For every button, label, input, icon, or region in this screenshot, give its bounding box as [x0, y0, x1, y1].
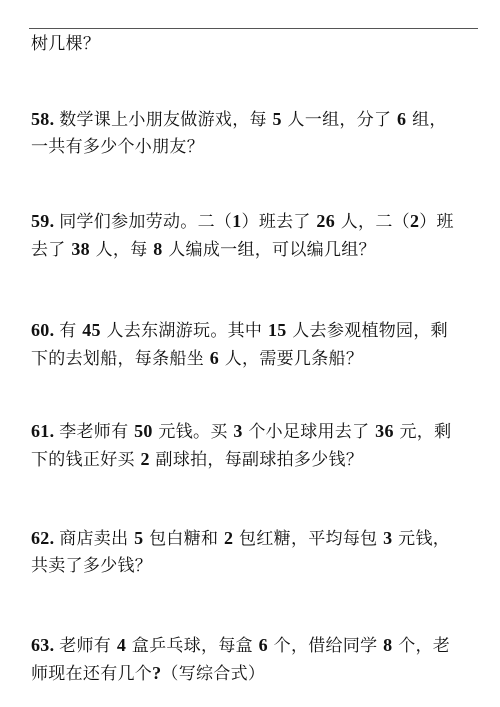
- text-segment: 组，: [406, 110, 446, 130]
- bold-number: 2: [141, 449, 150, 469]
- bold-number: 6: [397, 109, 406, 129]
- question-58: 58. 数学课上小朋友做游戏，每 5 人一组，分了 6 组，一共有多少个小朋友？: [31, 106, 481, 161]
- text-segment: 元钱。买: [153, 422, 234, 442]
- text-segment: 人，二（: [335, 212, 410, 232]
- text-segment: 商店卖出: [59, 529, 134, 549]
- text-segment: ）班: [419, 212, 454, 232]
- question-number: 61.: [31, 421, 59, 441]
- question-line: 62. 商店卖出 5 包白糖和 2 包红糖，平均每包 3 元钱，: [31, 525, 481, 553]
- text-segment: 人，需要几条船？: [219, 349, 363, 369]
- text-segment: 人编成一组，可以编几组？: [163, 240, 376, 260]
- question-59: 59. 同学们参加劳动。二（1）班去了 26 人，二（2）班去了 38 人，每 …: [31, 208, 481, 264]
- bold-number: 50: [134, 421, 153, 441]
- text-segment: ）班去了: [242, 212, 317, 232]
- bold-number: 2: [224, 528, 233, 548]
- text-segment: 共卖了多少钱？: [31, 556, 152, 576]
- bold-number: 4: [117, 635, 126, 655]
- text-segment: 一共有多少个小朋友？: [31, 137, 204, 157]
- question-line: 60. 有 45 人去东湖游玩。其中 15 人去参观植物园，剩: [31, 317, 481, 345]
- text-segment: 个，老: [392, 636, 450, 656]
- question-line: 共卖了多少钱？: [31, 553, 481, 580]
- text-segment: 数学课上小朋友做游戏，每: [59, 110, 272, 130]
- text-segment: （写综合式）: [161, 664, 265, 684]
- bold-number: 45: [82, 320, 101, 340]
- text-segment: 人一组，分了: [282, 110, 397, 130]
- text-segment: 师现在还有几个: [31, 664, 152, 684]
- continuation-line: 树几棵？: [31, 31, 481, 58]
- text-segment: 盒乒乓球，每盒: [126, 636, 259, 656]
- bold-number: 8: [153, 239, 162, 259]
- text-segment: 包白糖和: [143, 529, 224, 549]
- text-segment: 李老师有: [59, 422, 134, 442]
- question-number: 62.: [31, 528, 59, 548]
- question-line: 师现在还有几个?（写综合式）: [31, 660, 481, 688]
- question-62: 62. 商店卖出 5 包白糖和 2 包红糖，平均每包 3 元钱，共卖了多少钱？: [31, 525, 481, 580]
- text-segment: 元，剩: [394, 422, 452, 442]
- text-segment: 人，每: [90, 240, 153, 260]
- text-segment: 去了: [31, 240, 71, 260]
- question-61: 61. 李老师有 50 元钱。买 3 个小足球用去了 36 元，剩下的钱正好买 …: [31, 418, 481, 474]
- question-60: 60. 有 45 人去东湖游玩。其中 15 人去参观植物园，剩下的去划船，每条船…: [31, 317, 481, 373]
- text-segment: 元钱，: [392, 529, 450, 549]
- question-number: 60.: [31, 320, 59, 340]
- continuation-text: 树几棵？: [31, 31, 481, 58]
- bold-number: 2: [410, 211, 419, 231]
- header-rule: [29, 28, 478, 29]
- bold-number: 5: [273, 109, 282, 129]
- question-line: 63. 老师有 4 盒乒乓球，每盒 6 个，借给同学 8 个，老: [31, 632, 481, 660]
- text-segment: 下的钱正好买: [31, 450, 141, 470]
- question-line: 61. 李老师有 50 元钱。买 3 个小足球用去了 36 元，剩: [31, 418, 481, 446]
- bold-number: 6: [210, 348, 219, 368]
- text-segment: 个，借给同学: [268, 636, 383, 656]
- text-segment: 老师有: [59, 636, 117, 656]
- text-segment: 副球拍，每副球拍多少钱？: [150, 450, 363, 470]
- bold-number: 38: [71, 239, 90, 259]
- question-line: 一共有多少个小朋友？: [31, 134, 481, 161]
- question-line: 58. 数学课上小朋友做游戏，每 5 人一组，分了 6 组，: [31, 106, 481, 134]
- text-segment: 包红糖，平均每包: [233, 529, 383, 549]
- bold-number: 1: [232, 211, 241, 231]
- text-segment: 人去参观植物园，剩: [287, 321, 448, 341]
- text-segment: 个小足球用去了: [243, 422, 376, 442]
- question-63: 63. 老师有 4 盒乒乓球，每盒 6 个，借给同学 8 个，老师现在还有几个?…: [31, 632, 481, 688]
- bold-number: 6: [259, 635, 268, 655]
- text-segment: 下的去划船，每条船坐: [31, 349, 210, 369]
- question-line: 下的去划船，每条船坐 6 人，需要几条船？: [31, 345, 481, 373]
- text-segment: 有: [59, 321, 82, 341]
- question-line: 59. 同学们参加劳动。二（1）班去了 26 人，二（2）班: [31, 208, 481, 236]
- bold-number: 36: [375, 421, 394, 441]
- text-segment: 同学们参加劳动。二（: [59, 212, 232, 232]
- question-number: 58.: [31, 109, 59, 129]
- question-number: 63.: [31, 635, 59, 655]
- bold-number: 3: [233, 421, 242, 441]
- question-line: 下的钱正好买 2 副球拍，每副球拍多少钱？: [31, 446, 481, 474]
- bold-number: 15: [268, 320, 287, 340]
- question-number: 59.: [31, 211, 59, 231]
- question-line: 去了 38 人，每 8 人编成一组，可以编几组？: [31, 236, 481, 264]
- text-segment: 人去东湖游玩。其中: [101, 321, 268, 341]
- bold-number: 26: [316, 211, 335, 231]
